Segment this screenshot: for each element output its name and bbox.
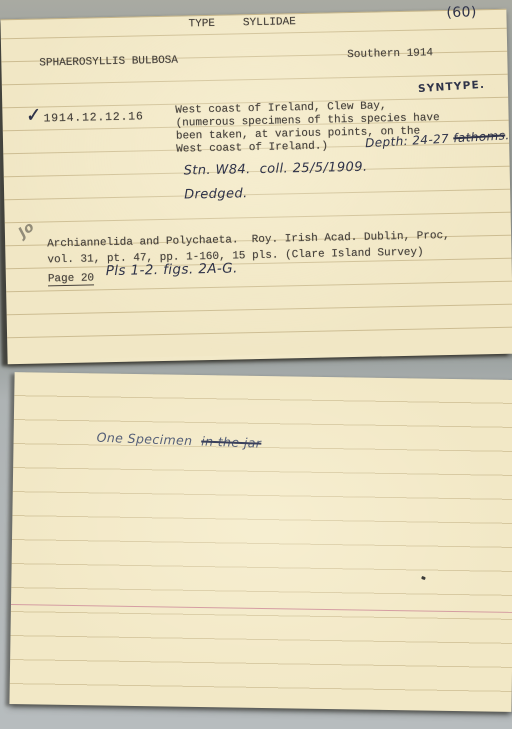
pink-ruled-line bbox=[11, 604, 512, 613]
collection-method: Dredged. bbox=[184, 186, 248, 202]
card-header: TYPE SYLLIDAE bbox=[188, 16, 295, 30]
specimen-card-back: One Specimen in the jar bbox=[9, 372, 512, 712]
specimen-card-front: TYPE SYLLIDAE (60) SPHAEROSYLLIS BULBOSA… bbox=[0, 9, 512, 365]
specimen-note: One Specimen in the jar bbox=[96, 430, 261, 451]
syntype-annotation: SYNTYPE. bbox=[418, 79, 486, 95]
scanned-document: TYPE SYLLIDAE (60) SPHAEROSYLLIS BULBOSA… bbox=[0, 0, 512, 729]
depth-struck-unit: fathoms bbox=[453, 128, 506, 145]
specimen-note-text: One Specimen bbox=[96, 430, 201, 449]
type-label: TYPE bbox=[188, 18, 215, 31]
family-name: SYLLIDAE bbox=[243, 16, 296, 29]
ink-speck bbox=[421, 576, 426, 580]
registration-number: 1914.12.12.16 bbox=[43, 110, 143, 125]
card-number: (60) bbox=[446, 4, 477, 21]
jo-pencil-mark: Jo bbox=[16, 219, 38, 241]
reference-page: Page 20 bbox=[48, 271, 95, 287]
specimen-note-struck: in the jar bbox=[201, 433, 262, 450]
author-year: Southern 1914 bbox=[347, 47, 433, 61]
species-name: SPHAEROSYLLIS BULBOSA bbox=[39, 55, 178, 70]
station-annotation: Stn. W84. coll. 25/5/1909. bbox=[184, 160, 368, 179]
checkmark-annotation: ✓ bbox=[26, 104, 40, 127]
figures-annotation: Pls 1-2. figs. 2A-G. bbox=[106, 260, 238, 279]
